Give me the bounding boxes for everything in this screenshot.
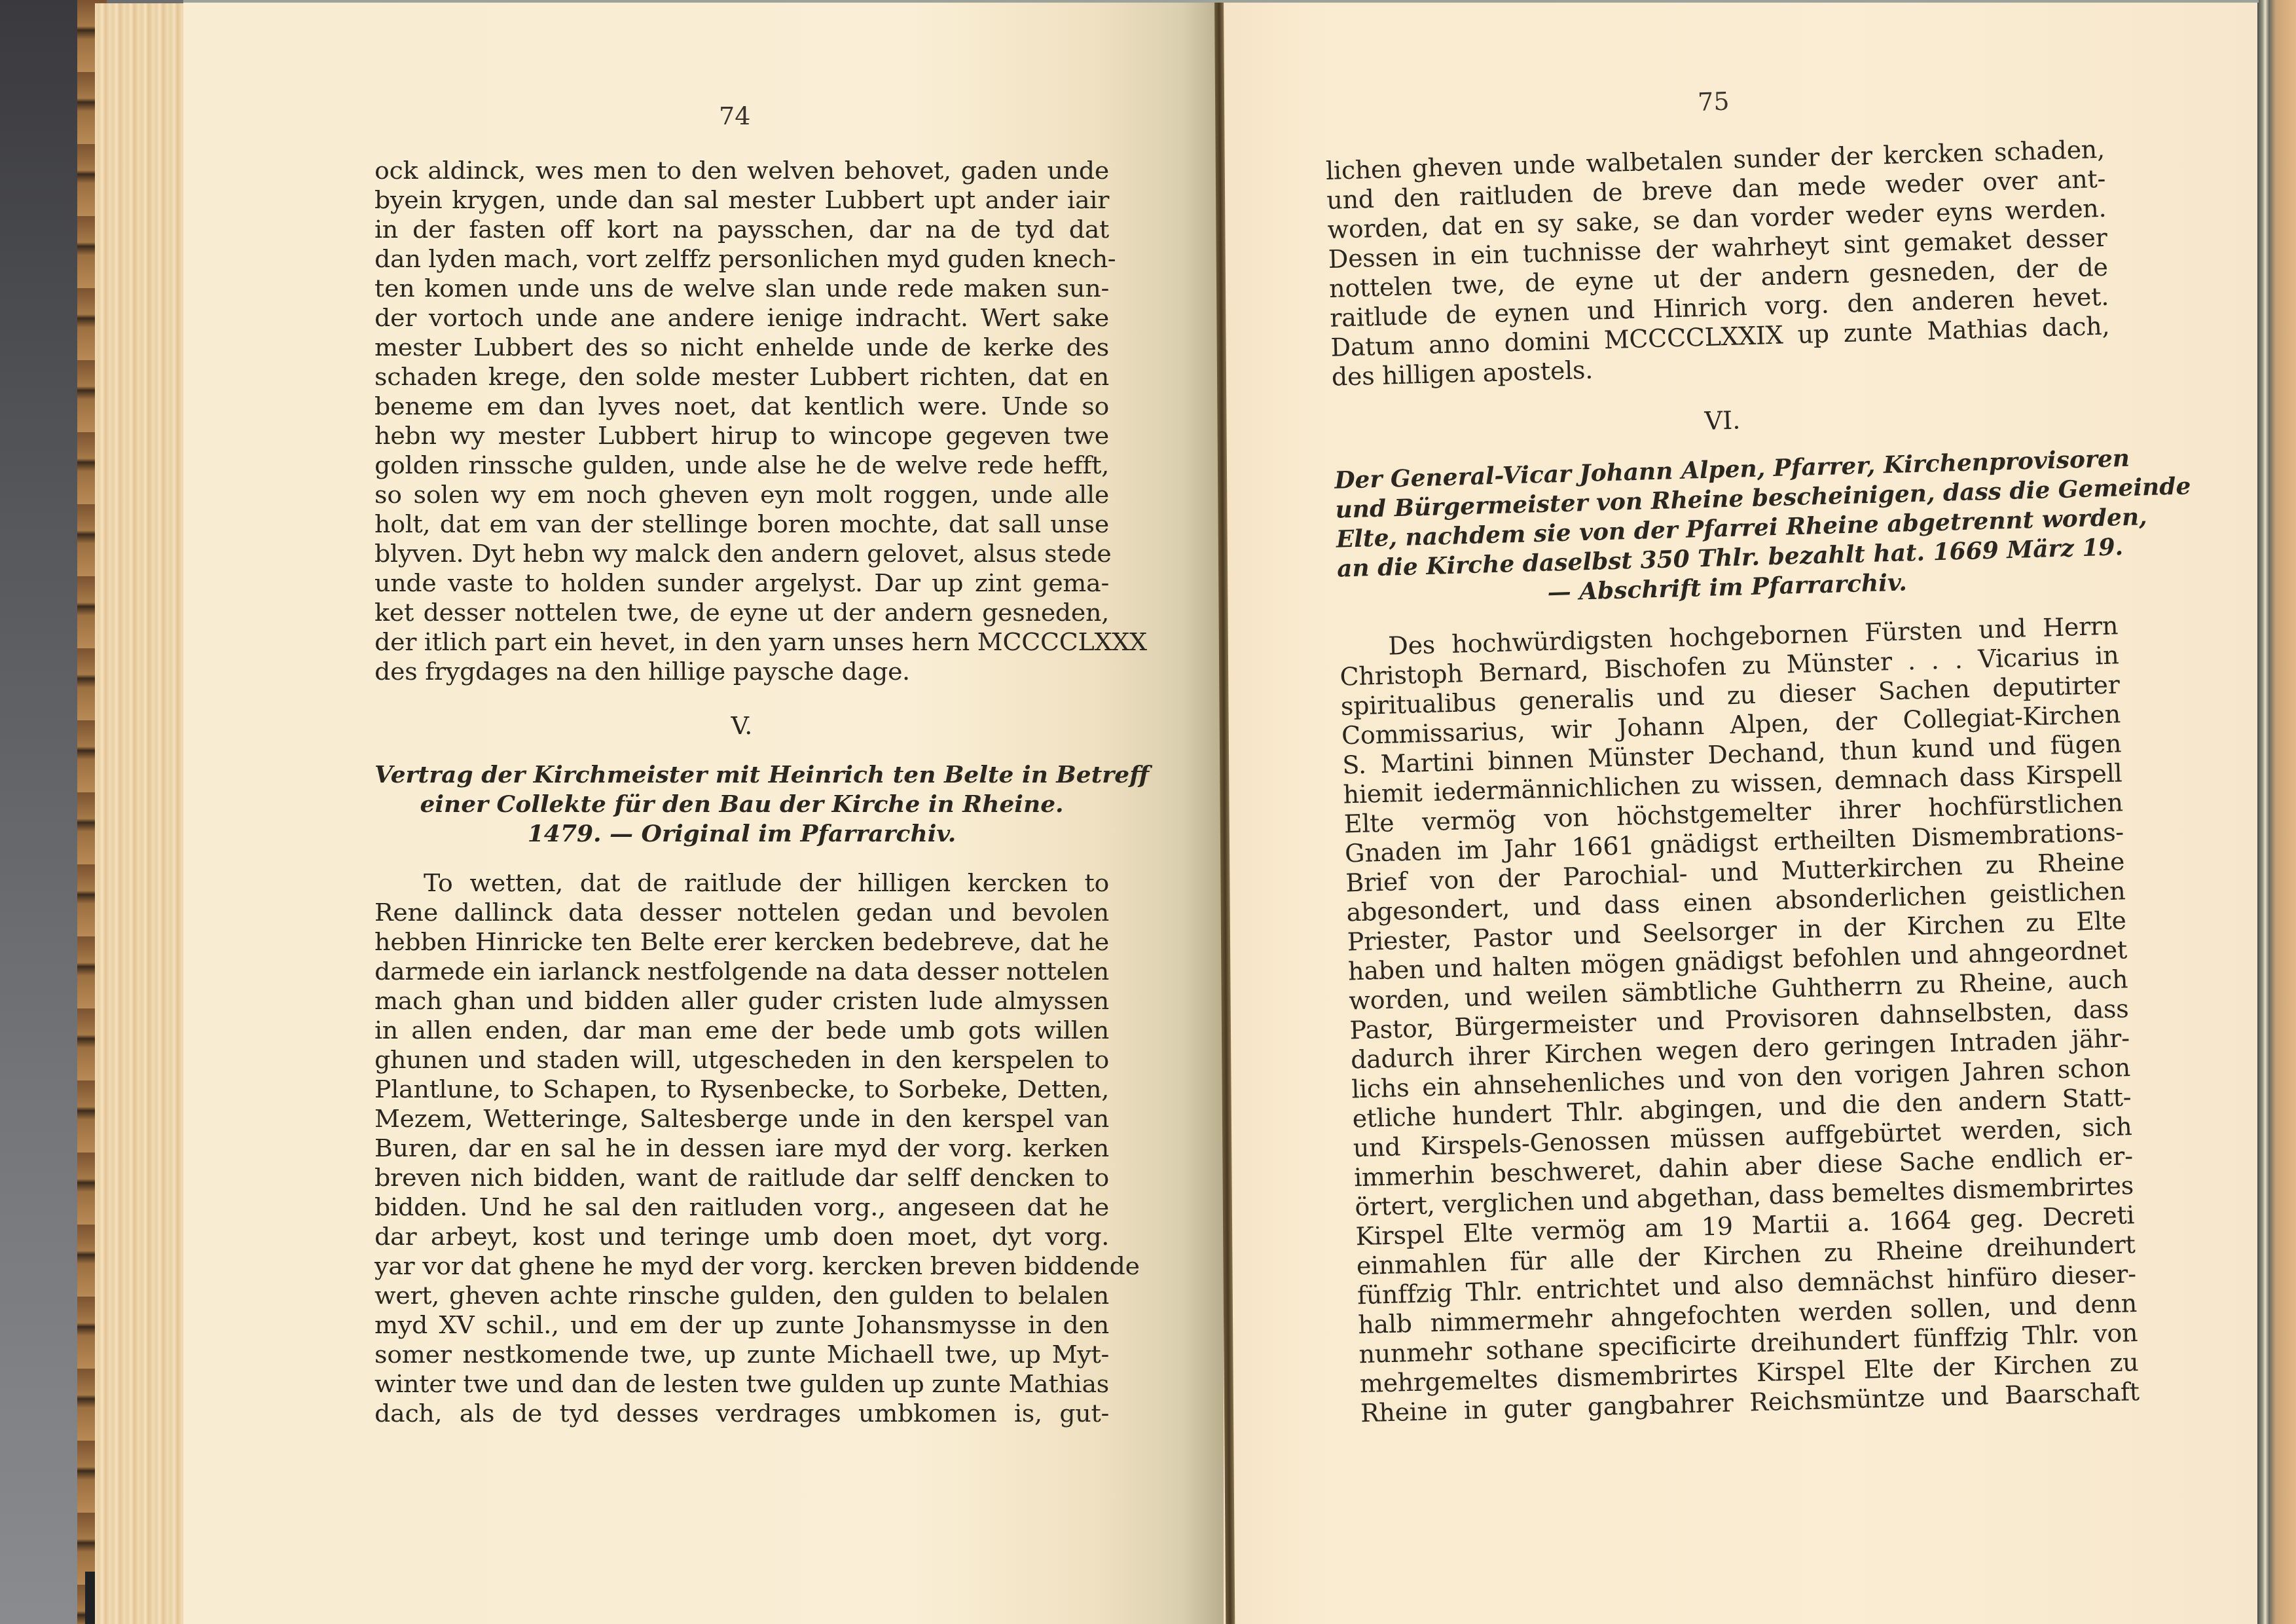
left-paragraph-1: ock aldinck, wes men to den welven behov… — [374, 156, 1109, 686]
text-line: darmede ein iarlanck nestfolgende na dat… — [374, 957, 1109, 986]
text-line: beneme em dan lyves noet, dat kentlich w… — [374, 392, 1109, 421]
text-line: breven nich bidden, want de raitlude dar… — [374, 1163, 1109, 1192]
text-line: dan lyden mach, vort zelffz personlichen… — [374, 244, 1109, 274]
text-line: ock aldinck, wes men to den welven behov… — [374, 156, 1109, 185]
text-line: yar vor dat ghene he myd der vorg. kerck… — [374, 1251, 1109, 1281]
page-number-left: 74 — [719, 101, 750, 130]
text-line: bidden. Und he sal den raitluden vorg., … — [374, 1192, 1109, 1222]
text-line: hebben Hinricke ten Belte erer kercken b… — [374, 927, 1109, 957]
text-line: dar arbeyt, kost und teringe umb doen mo… — [374, 1222, 1109, 1251]
text-line: der itlich part ein hevet, in den yarn u… — [374, 627, 1109, 657]
text-line: unde vaste to holden sunder argelyst. Da… — [374, 568, 1109, 598]
text-line: winter twe und dan de lesten twe gulden … — [374, 1369, 1109, 1399]
section-v-number: V. — [374, 711, 1109, 741]
section-v-body: To wetten, dat de raitlude der hilligen … — [374, 868, 1109, 1428]
text-line: so solen wy em noch gheven eyn molt rogg… — [374, 480, 1109, 509]
text-line: Mezem, Wetteringe, Saltesberge unde in d… — [374, 1104, 1109, 1134]
text-line: dach, als de tyd desses verdrages umbkom… — [374, 1399, 1109, 1428]
text-line: ket desser nottelen twe, de eyne ut der … — [374, 598, 1109, 627]
text-line: ghunen und staden will, utgescheden in d… — [374, 1045, 1109, 1075]
text-line: somer nestkomende twe, up zunte Michaell… — [374, 1340, 1109, 1369]
section-v-title-line-3: 1479. — Original im Pfarrarchiv. — [374, 819, 1109, 849]
text-line: myd XV schil., und em der up zunte Johan… — [374, 1310, 1109, 1340]
scanner-background — [0, 0, 85, 1624]
page-stack-edge — [95, 3, 187, 1624]
text-line: Buren, dar en sal he in dessen iare myd … — [374, 1134, 1109, 1163]
text-line: schaden krege, den solde mester Lubbert … — [374, 362, 1109, 392]
text-line: Plantlune, to Schapen, to Rysenbecke, to… — [374, 1075, 1109, 1104]
text-line: mach ghan und bidden aller guder cristen… — [374, 986, 1109, 1016]
text-line: To wetten, dat de raitlude der hilligen … — [374, 868, 1109, 898]
text-line: blyven. Dyt hebn wy malck den andern gel… — [374, 539, 1109, 568]
text-line: byein krygen, unde dan sal mester Lubber… — [374, 185, 1109, 215]
text-line: hebn wy mester Lubbert hirup to wincope … — [374, 421, 1109, 451]
text-line: der vortoch unde ane andere ienige indra… — [374, 303, 1109, 333]
text-line: mester Lubbert des so nicht enhelde unde… — [374, 333, 1109, 362]
section-v-title-line-1: Vertrag der Kirchmeister mit Heinrich te… — [374, 760, 1109, 790]
right-page-edge — [2257, 0, 2296, 1624]
right-paragraph-1: lichen gheven unde walbetalen sunder der… — [1325, 135, 2111, 392]
text-line: ten komen unde uns de welve slan unde re… — [374, 274, 1109, 303]
text-line: in der fasten off kort na paysschen, dar… — [374, 215, 1109, 244]
section-v-title-line-2: einer Collekte für den Bau der Kirche in… — [374, 790, 1109, 819]
text-line: in allen enden, dar man eme der bede umb… — [374, 1016, 1109, 1045]
text-line: wert, gheven achte rinsche gulden, den g… — [374, 1281, 1109, 1310]
right-page-content: 75 lichen gheven unde walbetalen sunder … — [1324, 77, 2140, 1428]
left-page-text: ock aldinck, wes men to den welven behov… — [374, 156, 1109, 1428]
top-edge — [183, 0, 2259, 3]
text-line: holt, dat em van der stellinge boren moc… — [374, 509, 1109, 539]
section-vi-body: Des hochwürdigsten hochgebornen Fürsten … — [1339, 611, 2140, 1428]
text-line: Rene dallinck data desser nottelen gedan… — [374, 898, 1109, 927]
text-line: golden rinssche gulden, unde alse he de … — [374, 451, 1109, 480]
text-line: des frygdages na den hillige paysche dag… — [374, 657, 1109, 686]
